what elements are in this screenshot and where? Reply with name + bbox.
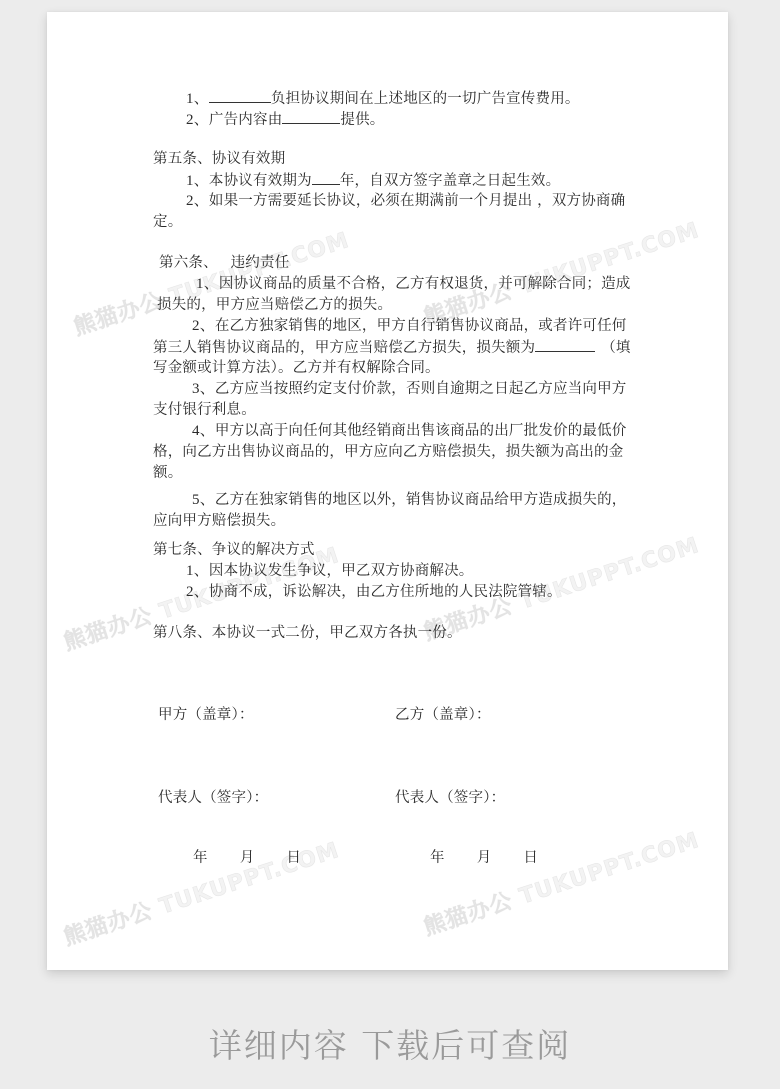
- art6-item-5-cont: 应向甲方赔偿损失。: [153, 511, 285, 531]
- day-label: 日: [523, 850, 538, 866]
- party-b-rep-label: 代表人（签字）：: [395, 788, 505, 808]
- document-page: 熊猫办公 TUKUPPT.COM 熊猫办公 TUKUPPT.COM 熊猫办公 T…: [47, 12, 728, 970]
- art6-item-1-cont: 损失的，甲方应当赔偿乙方的损失。: [157, 295, 392, 315]
- art7-title: 第七条、争议的解决方式: [153, 540, 315, 560]
- blank-field: [282, 109, 340, 124]
- art6-item-2-cont2: 写金额或计算方法）。乙方并有权解除合同。: [153, 358, 440, 378]
- art6-item-4: 4、甲方以高于向任何其他经销商出售该商品的出厂批发价的最低价: [192, 421, 627, 441]
- art6-item-3: 3、乙方应当按照约定支付价款，否则自逾期之日起乙方应当向甲方: [192, 379, 627, 399]
- party-b-seal-label: 乙方（盖章）：: [395, 705, 491, 725]
- download-hint: 详细内容 下载后可查阅: [0, 1020, 780, 1067]
- blank-field: [535, 337, 595, 352]
- art6-item-2-cont: 第三人销售协议商品的，甲方应当赔偿乙方损失，损失额为（填: [153, 337, 631, 358]
- party-b-date: 年月日: [430, 848, 538, 868]
- art8-title: 第八条、本协议一式二份，甲乙双方各执一份。: [153, 623, 462, 643]
- watermark: 熊猫办公 TUKUPPT.COM: [419, 823, 703, 942]
- party-a-rep-label: 代表人（签字）：: [158, 788, 268, 808]
- art5-item-1: 1、本协议有效期为年，自双方签字盖章之日起生效。: [186, 170, 560, 191]
- art6-item-4-cont: 格，向乙方出售协议商品的，甲方应向乙方赔偿损失，损失额为高出的金: [153, 442, 623, 462]
- year-label: 年: [193, 850, 208, 866]
- month-label: 月: [240, 850, 255, 866]
- art4-item-2: 2、广告内容由提供。: [186, 109, 385, 130]
- art6-item-5: 5、乙方在独家销售的地区以外，销售协议商品给甲方造成损失的，: [192, 490, 627, 510]
- year-label: 年: [430, 850, 445, 866]
- art6-item-1: 1、因协议商品的质量不合格，乙方有权退货，并可解除合同；造成: [196, 274, 631, 294]
- art6-item-2: 2、在乙方独家销售的地区，甲方自行销售协议商品，或者许可任何: [192, 316, 627, 336]
- art7-item-2: 2、协商不成，诉讼解决，由乙方住所地的人民法院管辖。: [186, 582, 562, 602]
- party-a-seal-label: 甲方（盖章）：: [158, 705, 254, 725]
- month-label: 月: [477, 850, 492, 866]
- art6-title: 第六条、 违约责任: [159, 253, 289, 273]
- art7-item-1: 1、因本协议发生争议，甲乙双方协商解决。: [186, 561, 474, 581]
- art6-item-4-cont2: 额。: [153, 463, 182, 483]
- party-a-date: 年月日: [193, 848, 301, 868]
- art5-item-2-cont: 定。: [153, 212, 182, 232]
- blank-field: [209, 88, 271, 103]
- watermark: 熊猫办公 TUKUPPT.COM: [419, 213, 703, 332]
- art5-title: 第五条、协议有效期: [153, 149, 285, 169]
- art4-item-1: 1、负担协议期间在上述地区的一切广告宣传费用。: [186, 88, 580, 109]
- art6-item-3-cont: 支付银行利息。: [153, 400, 256, 420]
- art5-item-2: 2、如果一方需要延长协议，必须在期满前一个月提出 ，双方协商确: [186, 191, 625, 211]
- day-label: 日: [286, 850, 301, 866]
- blank-field: [312, 170, 340, 185]
